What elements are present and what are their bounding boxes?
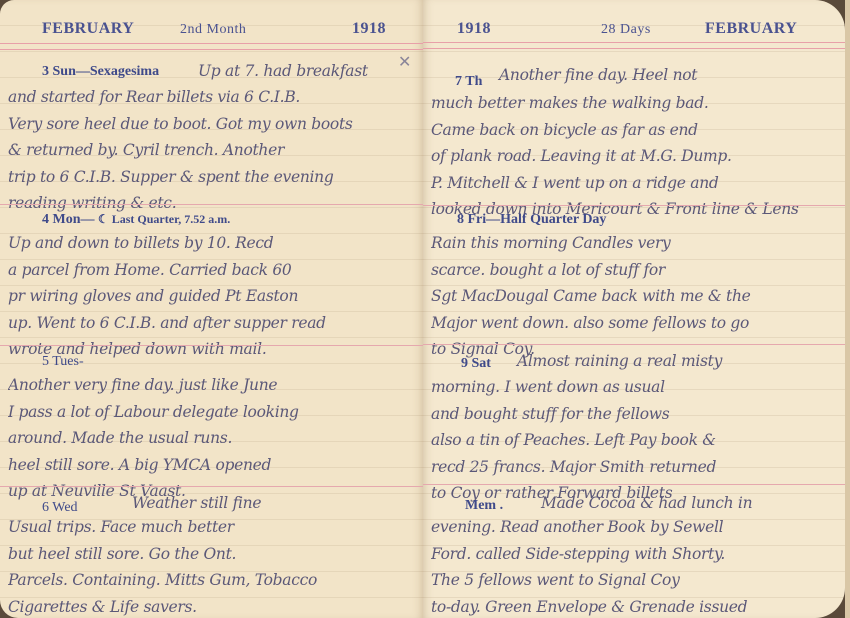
entry-line: of plank road. Leaving it at M.G. Dump. [431, 143, 837, 170]
month-number: 2nd Month [180, 22, 246, 38]
entry-line: up. Went to 6 C.I.B. and after supper re… [8, 310, 415, 337]
entry-line: much better makes the walking bad. [431, 90, 837, 117]
entry-text: much better makes the walking bad. Came … [431, 90, 837, 223]
days-in-month: 28 Days [601, 22, 651, 38]
entry-line: Up and down to billets by 10. Recd [8, 230, 415, 257]
page-edge [845, 0, 850, 618]
entry-text: Usual trips. Face much better but heel s… [8, 514, 415, 618]
entry-text: morning. I went down as usual and bought… [431, 374, 837, 507]
day-label: 7 Th [455, 74, 482, 90]
entry-first-line: Another fine day. Heel not [499, 62, 837, 89]
entry-line: Very sore heel due to boot. Got my own b… [8, 111, 415, 138]
entry-line: to-day. Green Envelope & Grenade issued [431, 594, 837, 618]
entry-divider [423, 205, 845, 206]
entry-line: & returned by. Cyril trench. Another [8, 137, 415, 164]
entry-text: Another very fine day. just like June I … [8, 372, 415, 505]
day-label: 4 Mon— ☾ Last Quarter, 7.52 a.m. [42, 212, 230, 228]
entry-line: around. Made the usual runs. [8, 425, 415, 452]
entry-first-line: Weather still fine [132, 490, 415, 517]
entry-line: The 5 fellows went to Signal Coy [431, 567, 837, 594]
entry-line: Usual trips. Face much better [8, 514, 415, 541]
entry-divider [0, 486, 423, 487]
entry-first-line: Almost raining a real misty [517, 348, 837, 375]
day-label: 3 Sun—Sexagesima [42, 64, 159, 80]
entry-line: but heel still sore. Go the Ont. [8, 541, 415, 568]
left-page: FEBRUARY 2nd Month 1918 ✕ 3 Sun—Sexagesi… [0, 0, 423, 618]
right-page-header: 1918 28 Days FEBRUARY [423, 18, 845, 42]
day-label: 5 Tues- [42, 354, 84, 370]
entry-line: and bought stuff for the fellows [431, 401, 837, 428]
year-heading: 1918 [352, 20, 386, 38]
entry-line: Parcels. Containing. Mitts Gum, Tobacco [8, 567, 415, 594]
entry-divider [423, 484, 845, 485]
day-label: 9 Sat [461, 356, 491, 372]
entry-line: trip to 6 C.I.B. Supper & spent the even… [8, 164, 415, 191]
entry-line: P. Mitchell & I went up on a ridge and [431, 170, 837, 197]
entry-first-line: Up at 7. had breakfast [198, 58, 415, 85]
entry-line: a parcel from Home. Carried back 60 [8, 257, 415, 284]
entry-line: Cigarettes & Life savers. [8, 594, 415, 618]
entry-divider [0, 204, 423, 205]
month-heading: FEBRUARY [705, 20, 797, 38]
entry-line: morning. I went down as usual [431, 374, 837, 401]
day-label: 8 Fri—Half Quarter Day [457, 212, 606, 228]
entry-line: Sgt MacDougal Came back with me & the [431, 283, 837, 310]
entry-line: pr wiring gloves and guided Pt Easton [8, 283, 415, 310]
diary-spread: FEBRUARY 2nd Month 1918 ✕ 3 Sun—Sexagesi… [0, 0, 850, 618]
right-page: 1918 28 Days FEBRUARY 7 Th Another fine … [423, 0, 845, 618]
entry-line: I pass a lot of Labour delegate looking [8, 399, 415, 426]
moon-phase-note: ☾ Last Quarter, 7.52 a.m. [98, 212, 230, 226]
year-heading: 1918 [457, 20, 491, 38]
entry-first-line: Made Cocoa & had lunch in [541, 490, 837, 517]
entry-line: Major went down. also some fellows to go [431, 310, 837, 337]
entry-line: and started for Rear billets via 6 C.I.B… [8, 84, 415, 111]
entry-line: evening. Read another Book by Sewell [431, 514, 837, 541]
left-page-header: FEBRUARY 2nd Month 1918 [0, 18, 423, 42]
entry-divider [0, 345, 423, 346]
header-rule [0, 43, 423, 50]
month-heading: FEBRUARY [42, 20, 134, 38]
entry-divider [423, 344, 845, 345]
entry-line: also a tin of Peaches. Left Pay book & [431, 427, 837, 454]
entry-text: evening. Read another Book by Sewell For… [431, 514, 837, 618]
entry-line: recd 25 francs. Major Smith returned [431, 454, 837, 481]
day-label-text: 4 Mon— [42, 212, 95, 227]
header-rule [423, 42, 845, 49]
entry-text: Up and down to billets by 10. Recd a par… [8, 230, 415, 363]
entry-line: Came back on bicycle as far as end [431, 117, 837, 144]
entry-text: Rain this morning Candles very scarce. b… [431, 230, 837, 363]
entry-line: Rain this morning Candles very [431, 230, 837, 257]
entry-line: Ford. called Side-stepping with Shorty. [431, 541, 837, 568]
entry-line: heel still sore. A big YMCA opened [8, 452, 415, 479]
memo-label: Mem . [465, 498, 503, 514]
entry-line: Another very fine day. just like June [8, 372, 415, 399]
entry-text: and started for Rear billets via 6 C.I.B… [8, 84, 415, 217]
entry-line: scarce. bought a lot of stuff for [431, 257, 837, 284]
